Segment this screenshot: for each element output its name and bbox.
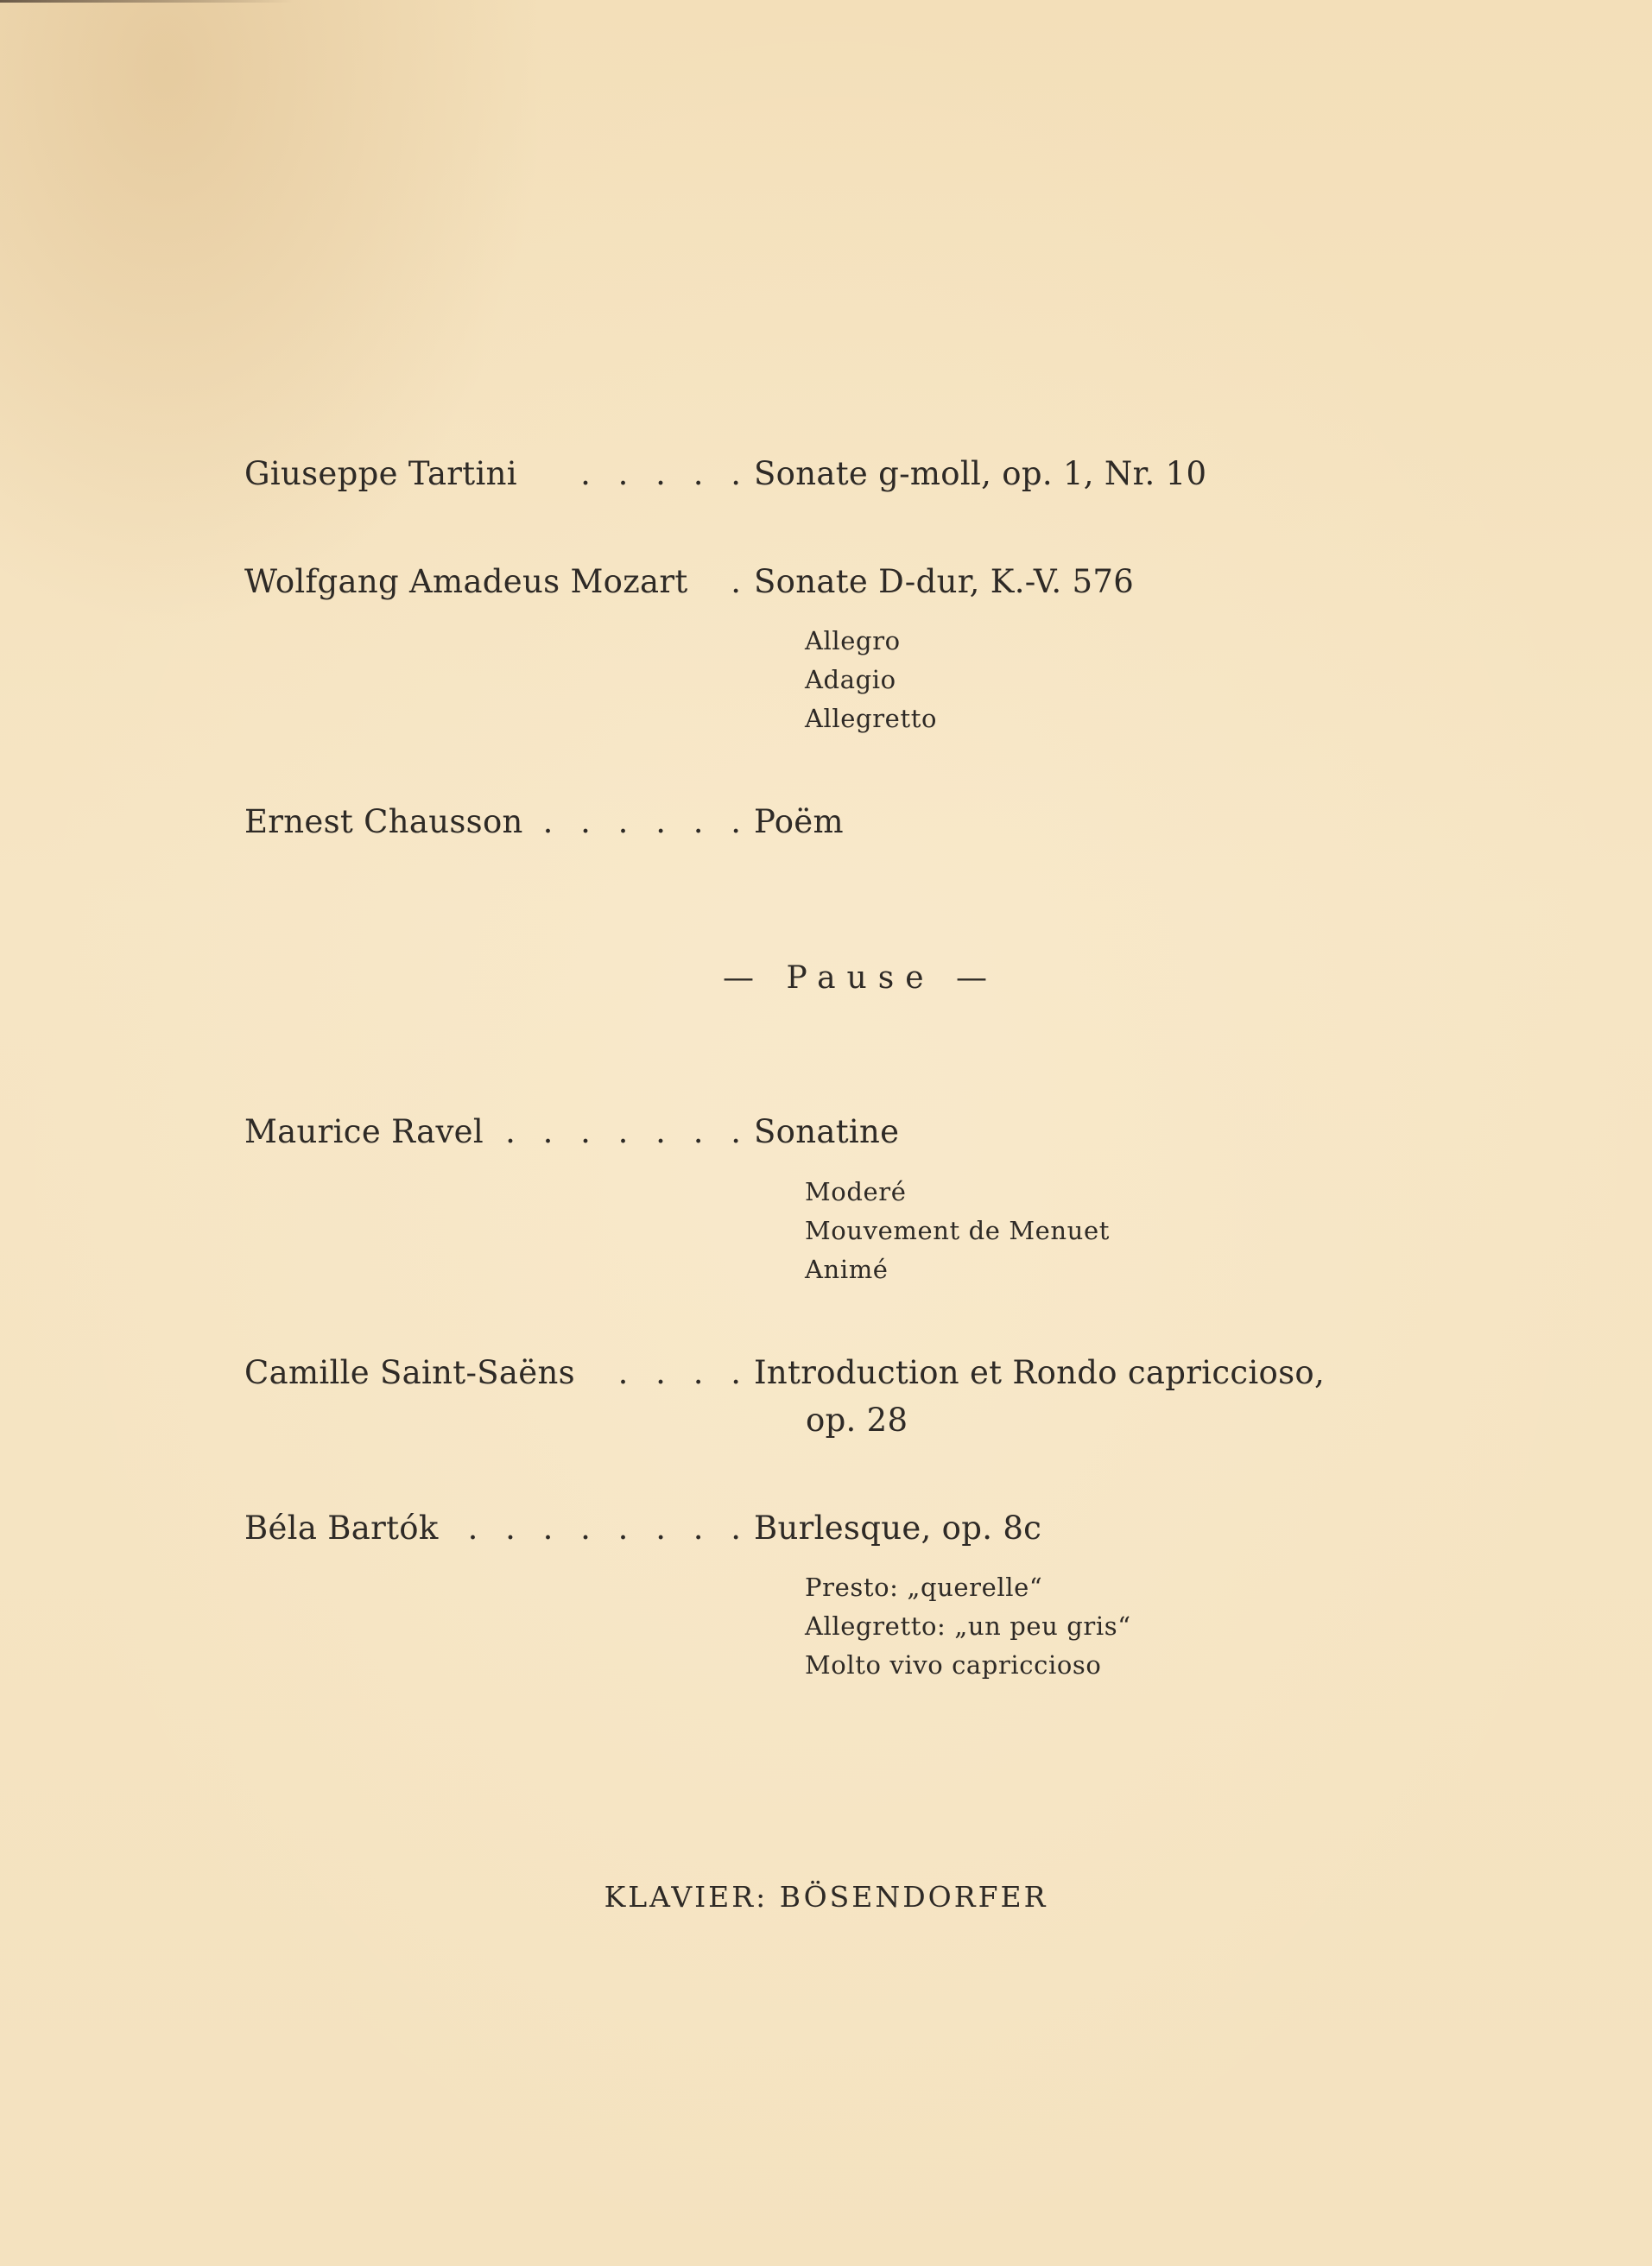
movement: Allegro (805, 622, 937, 661)
intermission-label: — Pause — (0, 960, 1652, 996)
movement: Molto vivo capriccioso (805, 1646, 1131, 1685)
dot-leader: . . . . . . . . (468, 1512, 750, 1544)
intermission-word: Pause (786, 960, 934, 996)
intermission-dash-left: — (723, 960, 765, 996)
dot-leader-box: . . . . . . (529, 806, 750, 840)
movement: Allegretto: „un peu gris“ (805, 1607, 1131, 1646)
work-title: Burlesque, op. 8c (754, 1512, 1041, 1544)
composer-name: Ernest Chausson (244, 806, 523, 838)
movement: Moderé (805, 1173, 1110, 1212)
dot-leader-box: . (715, 566, 750, 600)
composer-name: Béla Bartók (244, 1512, 439, 1544)
movement-list-ravel: Moderé Mouvement de Menuet Animé (805, 1173, 1110, 1289)
movement: Adagio (805, 661, 937, 699)
dot-leader: . . . . . . (543, 806, 750, 838)
dot-leader: . (731, 566, 750, 598)
movement-list-mozart: Allegro Adagio Allegretto (805, 622, 937, 738)
work-title: Sonate g-moll, op. 1, Nr. 10 (754, 458, 1206, 490)
composer-name: Wolfgang Amadeus Mozart (244, 566, 688, 598)
composer-name: Camille Saint-Saëns (244, 1357, 575, 1389)
composer-name: Maurice Ravel (244, 1116, 484, 1148)
dot-leader-box: . . . . (598, 1357, 750, 1391)
work-title-continued: op. 28 (806, 1404, 908, 1436)
dot-leader: . . . . . (580, 458, 750, 490)
work-title: Introduction et Rondo capriccioso, (754, 1357, 1325, 1389)
paper-edge-shadow (0, 0, 294, 3)
work-title: Sonate D-dur, K.-V. 576 (754, 566, 1134, 598)
movement: Allegretto (805, 699, 937, 738)
movement: Animé (805, 1250, 1110, 1289)
dot-leader: . . . . (618, 1357, 750, 1389)
movement: Presto: „querelle“ (805, 1568, 1131, 1607)
dot-leader: . . . . . . . (505, 1116, 750, 1148)
dot-leader-box: . . . . . (512, 458, 750, 492)
work-title: Sonatine (754, 1116, 899, 1148)
dot-leader-box: . . . . . . . . (447, 1512, 750, 1547)
composer-name: Giuseppe Tartini (244, 458, 517, 490)
intermission-dash-right: — (956, 960, 998, 996)
movement-list-bartok: Presto: „querelle“ Allegretto: „un peu g… (805, 1568, 1131, 1685)
dot-leader-box: . . . . . . . (491, 1116, 750, 1150)
work-title: Poëm (754, 806, 844, 838)
movement: Mouvement de Menuet (805, 1212, 1110, 1250)
piano-credit: KLAVIER: BÖSENDORFER (0, 1880, 1652, 1914)
